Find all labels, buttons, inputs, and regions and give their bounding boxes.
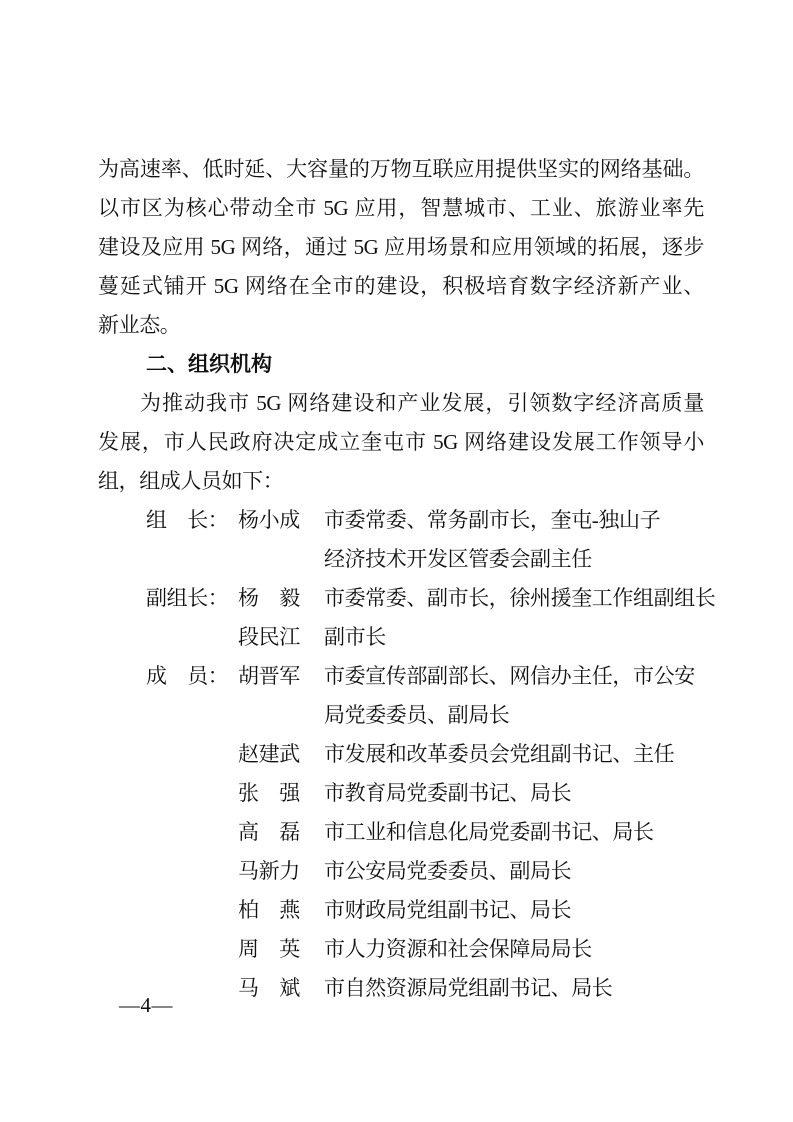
roster-row: 组 长： 杨小成 市委常委、常务副市长，奎屯-独山子 xyxy=(98,501,704,540)
roster-role-label: 成 员： xyxy=(146,657,238,696)
roster-role-label xyxy=(146,774,238,813)
roster-row: 马新力 市公安局党委委员、副局长 xyxy=(98,852,704,891)
roster-title: 市公安局党委委员、副局长 xyxy=(324,852,571,891)
roster-row: 副组长： 杨 毅 市委常委、副市长，徐州援奎工作组副组长 xyxy=(98,579,704,618)
roster-title: 市自然资源局党组副书记、局长 xyxy=(324,969,612,1008)
roster-title: 市工业和信息化局党委副书记、局长 xyxy=(324,813,654,852)
roster-row: 段民江 副市长 xyxy=(98,618,704,657)
org-paragraph-line: 组，组成人员如下： xyxy=(98,462,704,501)
roster-title: 市财政局党组副书记、局长 xyxy=(324,891,571,930)
intro-line: 为高速率、低时延、大容量的万物互联应用提供坚实的网络基础。 xyxy=(98,150,704,189)
roster-role-label xyxy=(146,930,238,969)
org-paragraph-line: 发展，市人民政府决定成立奎屯市 5G 网络建设发展工作领导小 xyxy=(98,423,704,462)
roster-title: 市委宣传部副部长、网信办主任，市公安 xyxy=(324,657,695,696)
roster-name xyxy=(238,540,324,579)
roster-name: 段民江 xyxy=(238,618,324,657)
roster-name: 杨 毅 xyxy=(238,579,324,618)
roster-title: 市发展和改革委员会党组副书记、主任 xyxy=(324,735,674,774)
roster-title: 市委常委、副市长，徐州援奎工作组副组长 xyxy=(324,579,715,618)
roster-role-label xyxy=(146,696,238,735)
intro-line: 建设及应用 5G 网络，通过 5G 应用场景和应用领域的拓展，逐步 xyxy=(98,228,704,267)
roster-name: 柏 燕 xyxy=(238,891,324,930)
roster-row: 局党委委员、副局长 xyxy=(98,696,704,735)
roster-name: 赵建武 xyxy=(238,735,324,774)
roster-role-label xyxy=(146,618,238,657)
roster-row: 赵建武 市发展和改革委员会党组副书记、主任 xyxy=(98,735,704,774)
roster-row: 成 员： 胡晋军 市委宣传部副部长、网信办主任，市公安 xyxy=(98,657,704,696)
roster-row: 柏 燕 市财政局党组副书记、局长 xyxy=(98,891,704,930)
roster-role-label: 组 长： xyxy=(146,501,238,540)
roster-row: 高 磊 市工业和信息化局党委副书记、局长 xyxy=(98,813,704,852)
roster-title: 副市长 xyxy=(324,618,386,657)
roster-name: 胡晋军 xyxy=(238,657,324,696)
roster-role-label xyxy=(146,813,238,852)
roster-role-label xyxy=(146,891,238,930)
roster-row: 张 强 市教育局党委副书记、局长 xyxy=(98,774,704,813)
roster-name xyxy=(238,696,324,735)
roster-title: 经济技术开发区管委会副主任 xyxy=(324,540,592,579)
roster-row: 周 英 市人力资源和社会保障局局长 xyxy=(98,930,704,969)
document-page: 为高速率、低时延、大容量的万物互联应用提供坚实的网络基础。 以市区为核心带动全市… xyxy=(0,0,793,1122)
roster-name: 张 强 xyxy=(238,774,324,813)
intro-line: 以市区为核心带动全市 5G 应用，智慧城市、工业、旅游业率先 xyxy=(98,189,704,228)
roster-name: 马新力 xyxy=(238,852,324,891)
roster-name: 周 英 xyxy=(238,930,324,969)
roster-row: 马 斌 市自然资源局党组副书记、局长 xyxy=(98,969,704,1008)
intro-line: 蔓延式铺开 5G 网络在全市的建设，积极培育数字经济新产业、 xyxy=(98,267,704,306)
intro-line: 新业态。 xyxy=(98,306,704,345)
roster-name: 杨小成 xyxy=(238,501,324,540)
roster-name: 高 磊 xyxy=(238,813,324,852)
roster-row: 经济技术开发区管委会副主任 xyxy=(98,540,704,579)
roster-role-label xyxy=(146,540,238,579)
org-paragraph-line: 为推动我市 5G 网络建设和产业发展，引领数字经济高质量 xyxy=(98,384,704,423)
roster-title: 市教育局党委副书记、局长 xyxy=(324,774,571,813)
roster-name: 马 斌 xyxy=(238,969,324,1008)
roster-role-label: 副组长： xyxy=(146,579,238,618)
roster-title: 局党委委员、副局长 xyxy=(324,696,509,735)
roster-title: 市人力资源和社会保障局局长 xyxy=(324,930,592,969)
page-number: —4— xyxy=(119,990,173,1020)
roster-role-label xyxy=(146,852,238,891)
roster-role-label xyxy=(146,735,238,774)
roster-title: 市委常委、常务副市长，奎屯-独山子 xyxy=(324,501,660,540)
page-body: 为高速率、低时延、大容量的万物互联应用提供坚实的网络基础。 以市区为核心带动全市… xyxy=(98,150,704,1008)
section-heading: 二、组织机构 xyxy=(98,345,704,384)
